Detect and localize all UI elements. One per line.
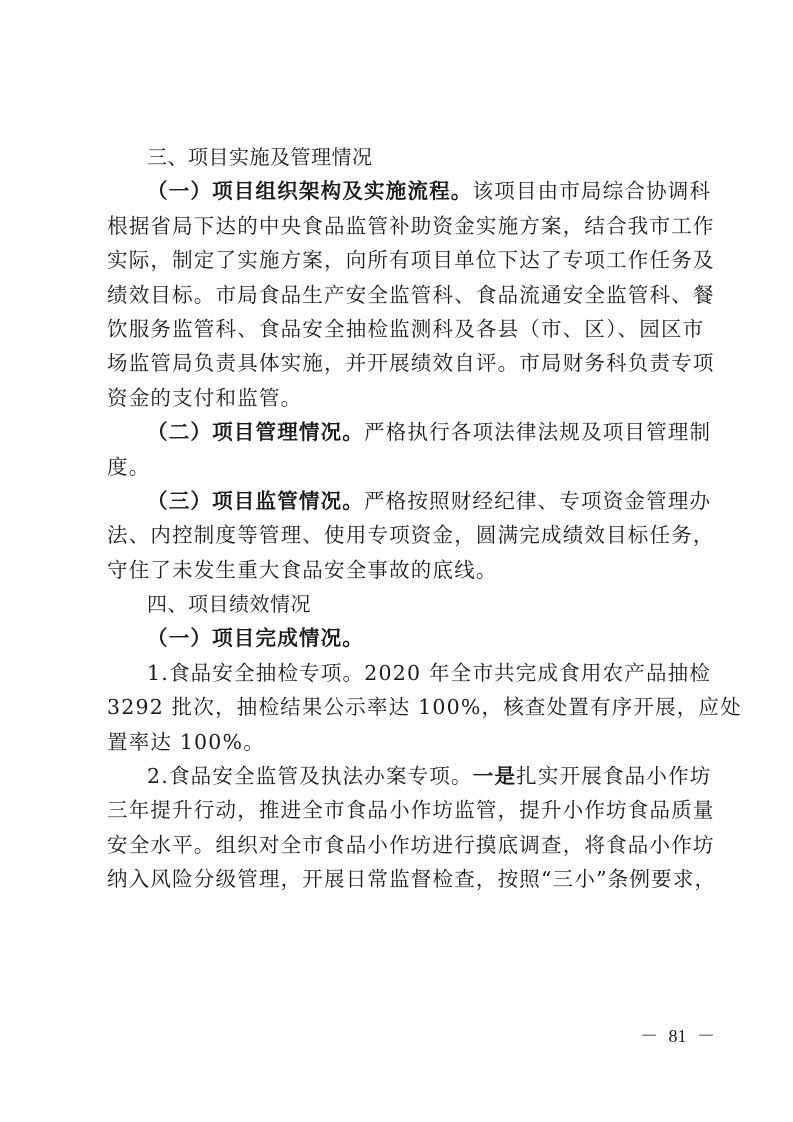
paragraph-line: 饮服务监管科、食品安全抽检监测科及各县（市、区）、园区市 [107,312,695,346]
paragraph-line: 三年提升行动，推进全市食品小作坊监管，提升小作坊食品质量 [107,793,695,827]
paragraph-line: 安全水平。组织对全市食品小作坊进行摸底调查，将食品小作坊 [107,828,695,862]
subheading-bold: （一）项目组织架构及实施流程。 [147,179,473,203]
paragraph-line: 实际，制定了实施方案，向所有项目单位下达了专项工作任务及 [107,243,695,277]
paragraph-line: 绩效目标。市局食品生产安全监管科、食品流通安全监管科、餐 [107,278,695,312]
subheading-bold: （二）项目管理情况。 [147,420,364,444]
paragraph-line: 置率达 100%。 [107,725,695,759]
section-heading-4: 四、项目绩效情况 [107,587,695,621]
paragraph-line: 资金的支付和监管。 [107,381,695,415]
paragraph-line: 度。 [107,450,695,484]
paragraph-line: 纳入风险分级管理，开展日常监督检查，按照“三小”条例要求， [107,862,695,896]
subheading-bold: （三）项目监管情况。 [147,489,364,513]
paragraph-line: （三）项目监管情况。严格按照财经纪律、专项资金管理办 [107,484,695,518]
section-heading-3: 三、项目实施及管理情况 [107,140,695,174]
paragraph-line: 2.食品安全监管及执法办案专项。一是扎实开展食品小作坊 [107,759,695,793]
paragraph-line: （一）项目组织架构及实施流程。该项目由市局综合协调科 [107,174,695,208]
emphasis-bold: 一是 [473,764,516,788]
page-number: － 81 － [640,1022,715,1048]
paragraph-line: 3292 批次，抽检结果公示率达 100%，核查处置有序开展，应处 [107,690,695,724]
subheading: （一）项目完成情况。 [107,621,695,655]
paragraph-line: （二）项目管理情况。严格执行各项法律法规及项目管理制 [107,415,695,449]
paragraph-line: 根据省局下达的中央食品监管补助资金实施方案，结合我市工作 [107,209,695,243]
paragraph-line: 守住了未发生重大食品安全事故的底线。 [107,553,695,587]
document-page: 三、项目实施及管理情况 （一）项目组织架构及实施流程。该项目由市局综合协调科 根… [107,140,695,897]
paragraph-line: 场监管局负责具体实施，并开展绩效自评。市局财务科负责专项 [107,346,695,380]
paragraph-line: 法、内控制度等管理、使用专项资金，圆满完成绩效目标任务， [107,518,695,552]
paragraph-line: 1.食品安全抽检专项。2020 年全市共完成食用农产品抽检 [107,656,695,690]
